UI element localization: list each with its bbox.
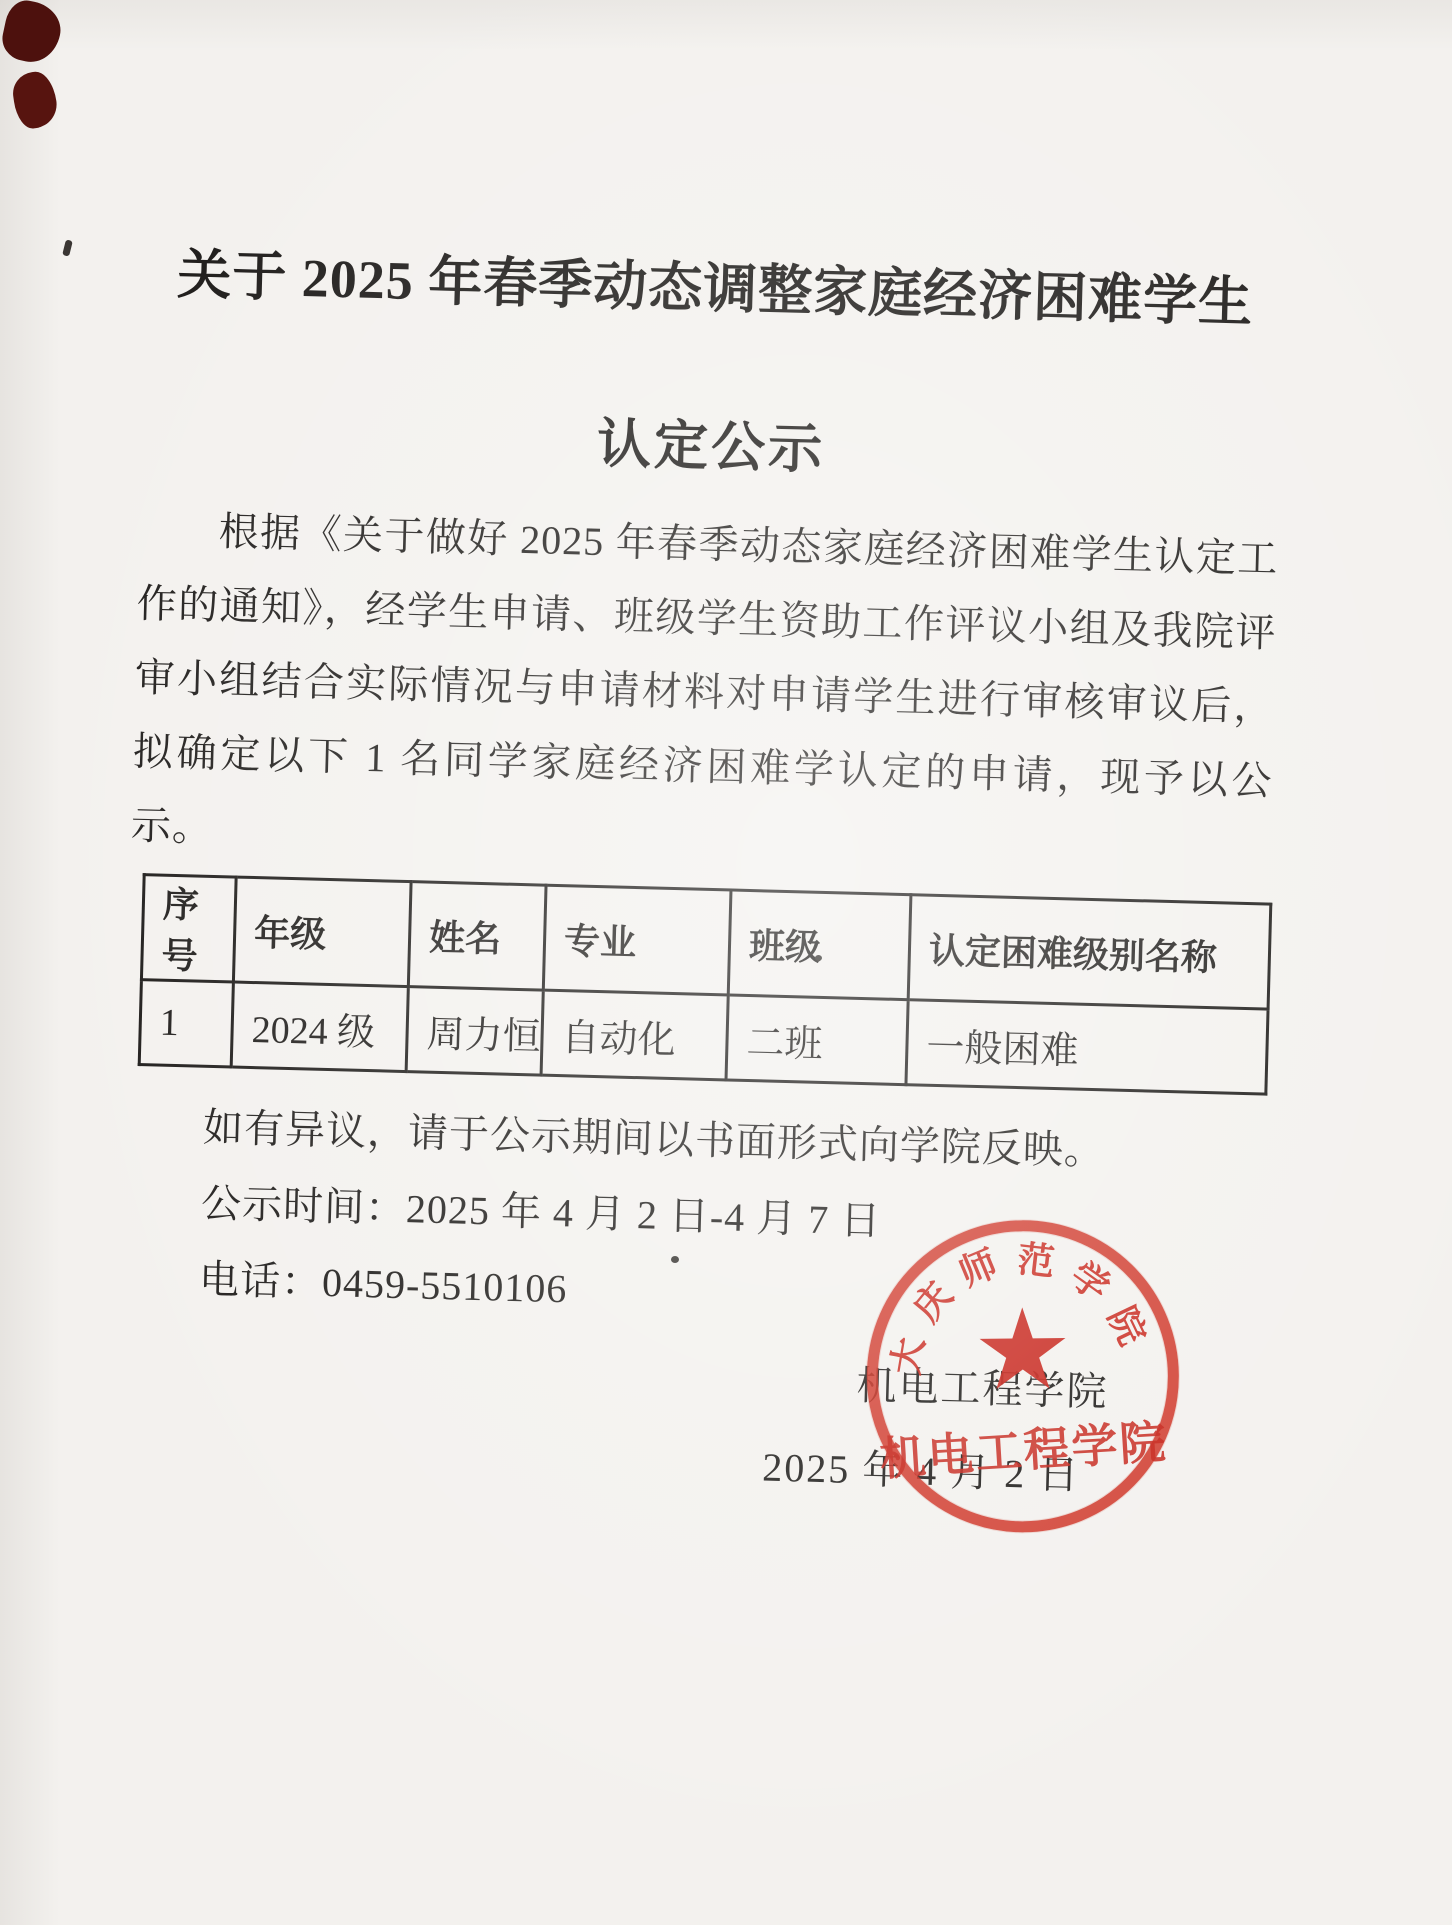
scan-tick-artifact — [62, 239, 73, 256]
document-title-line1: 关于 2025 年春季动态调整家庭经济困难学生 — [145, 247, 1286, 331]
scan-corner-blob — [10, 69, 59, 130]
cell-major: 自动化 — [541, 990, 728, 1080]
cell-grade: 2024 级 — [231, 982, 408, 1072]
document-body-paragraph: 根据《关于做好 2025 年春季动态家庭经济困难学生认定工作的通知》，经学生申请… — [130, 493, 1279, 893]
cell-class: 二班 — [726, 995, 908, 1085]
document-sheet: 关于 2025 年春季动态调整家庭经济困难学生 认定公示 根据《关于做好 202… — [106, 175, 1287, 1804]
header-difficulty-level: 认定困难级别名称 — [908, 895, 1271, 1009]
header-class: 班级 — [728, 890, 911, 1000]
official-seal: ★ 大 庆 师 范 学 院 机电工程学院 — [865, 1219, 1180, 1534]
header-major: 专业 — [543, 885, 731, 995]
cell-difficulty-level: 一般困难 — [906, 1000, 1268, 1094]
header-grade: 年级 — [233, 877, 411, 987]
seal-arc-char: 范 — [1015, 1241, 1057, 1283]
header-serial-number: 序号 — [141, 875, 236, 982]
seal-arc-char: 大 — [888, 1334, 932, 1378]
student-roster-table: 序号 年级 姓名 专业 班级 认定困难级别名称 1 2024 级 周力恒 自动化… — [138, 873, 1273, 1096]
scan-speck — [815, 955, 822, 961]
cell-serial-number: 1 — [139, 980, 233, 1067]
cell-name: 周力恒 — [406, 987, 543, 1076]
scan-speck — [671, 1256, 679, 1263]
scanned-notice-page: { "doc": { "title_line1": "关于 2025 年春季动态… — [0, 0, 1452, 1925]
document-title-line2: 认定公示 — [141, 405, 1282, 489]
header-name: 姓名 — [408, 882, 546, 990]
scan-corner-blob — [0, 0, 66, 67]
